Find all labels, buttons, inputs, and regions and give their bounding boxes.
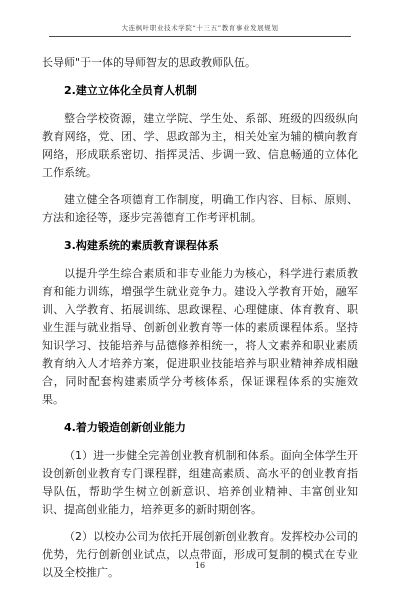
page-header: 大连枫叶职业技术学院“十三五”教育事业发展规划: [0, 0, 400, 37]
paragraph: （2）以校办公司为依托开展创新创业教育。发挥校办公司的优势，先行创新创业试点，以…: [42, 528, 358, 582]
paragraph: （1）进一步健全完善创业教育机制和体系。面向全体学生开设创新创业教育专门课程群，…: [42, 447, 358, 519]
page-footer: 16: [0, 561, 400, 570]
document-page: 大连枫叶职业技术学院“十三五”教育事业发展规划 长导师"于一体的导师智友的思政教…: [0, 0, 400, 600]
paragraph-continuation: 长导师"于一体的导师智友的思政教师队伍。: [42, 54, 358, 72]
section-heading-3: 3.构建系统的素质教育课程体系: [42, 237, 358, 255]
paragraph: 以提升学生综合素质和非专业能力为核心，科学进行素质教育和能力训练，增强学生就业竞…: [42, 265, 358, 409]
section-heading-2: 2.建立立体化全员育人机制: [42, 82, 358, 100]
header-title: 大连枫叶职业技术学院“十三五”教育事业发展规划: [0, 24, 400, 33]
page-number: 16: [195, 561, 205, 570]
paragraph: 建立健全各项德育工作制度，明确工作内容、目标、原则、方法和途径等，逐步完善德育工…: [42, 191, 358, 227]
paragraph: 整合学校资源，建立学院、学生处、系部、班级的四级纵向教育网络，党、团、学、思政部…: [42, 110, 358, 182]
document-body: 长导师"于一体的导师智友的思政教师队伍。 2.建立立体化全员育人机制 整合学校资…: [0, 37, 400, 582]
section-heading-4: 4.着力锻造创新创业能力: [42, 419, 358, 437]
